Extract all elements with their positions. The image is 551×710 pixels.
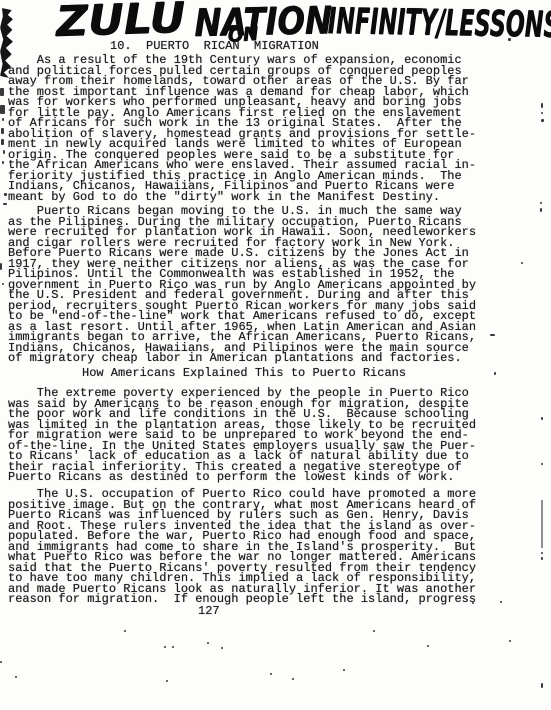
scan-speck (0, 88, 4, 96)
scan-speck (494, 372, 496, 375)
scan-speck (166, 680, 168, 682)
page-number: 127 (198, 606, 220, 617)
scan-speck (3, 203, 7, 205)
scan-speck (2, 118, 4, 121)
scan-speck (2, 161, 4, 164)
paragraph-4: The U.S. occupation of Puerto Rico could… (8, 489, 476, 605)
scan-speck (0, 661, 2, 663)
scan-speck (540, 208, 542, 212)
scan-speck (541, 557, 543, 560)
scan-speck (270, 673, 272, 675)
scan-speck (3, 150, 5, 154)
scan-speck (292, 678, 294, 680)
scan-vertical-line (541, 500, 543, 548)
scan-speck (1, 139, 4, 145)
scan-speck (541, 112, 543, 114)
scan-speck (509, 640, 511, 642)
handwritten-title-word-infinity-lessons: INFINITY/LESSONS (328, 1, 551, 46)
scan-speck (500, 601, 502, 603)
scan-speck (172, 646, 174, 648)
section-heading: How Americans Explained This to Puerto R… (82, 368, 406, 379)
chapter-heading: 10. PUERTO RICAN MIGRATION (110, 41, 319, 52)
scan-speck (2, 283, 4, 285)
scan-speck (221, 647, 223, 649)
scan-speck (1, 128, 4, 134)
scanned-document-page: ZULU NATION INFINITY/LESSONS ON 10. PUER… (0, 0, 551, 710)
paragraph-2: Puerto Ricans began moving to the U.S. i… (8, 206, 476, 364)
scan-speck (490, 334, 495, 336)
scan-speck (541, 552, 543, 554)
scan-speck (4, 193, 7, 196)
scan-speck (541, 119, 544, 122)
scan-speck (540, 202, 542, 204)
scan-speck (521, 262, 523, 264)
paragraph-3: The extreme poverty experienced by the p… (8, 388, 476, 483)
scan-speck (541, 417, 543, 420)
scan-speck (0, 105, 5, 114)
scan-speck (373, 630, 375, 632)
scan-speck (472, 602, 474, 604)
scan-speck (541, 103, 543, 108)
scan-speck (164, 646, 166, 648)
scan-speck (207, 642, 209, 644)
scan-speck (427, 645, 429, 647)
scan-speck (541, 683, 543, 688)
scan-speck (124, 630, 126, 632)
scan-speck (0, 263, 2, 270)
scan-speck (508, 38, 511, 41)
scan-speck (15, 676, 17, 678)
scan-speck (343, 669, 345, 671)
paragraph-1: As a result of the 19th Century wars of … (8, 55, 476, 202)
scan-speck (541, 463, 543, 465)
